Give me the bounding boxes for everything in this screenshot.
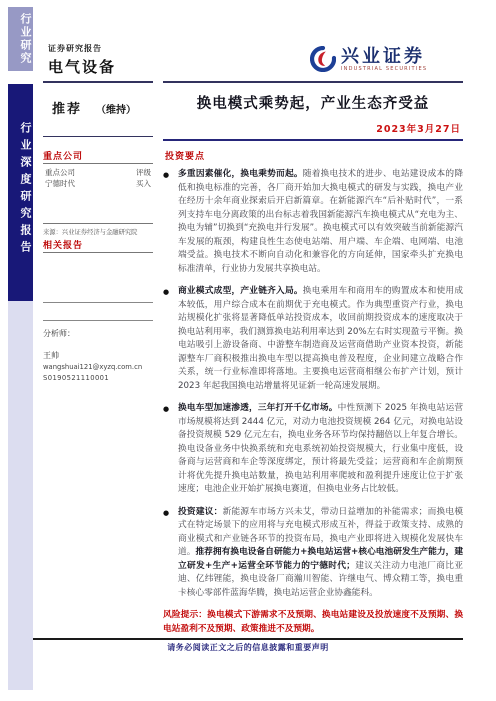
page-title: 换电模式乘势起，产业生态齐受益 [163,92,463,113]
bullet-1-lead: 多重因素催化，换电乘势而起。 [178,169,303,179]
risk-warning: 风险提示：换电模式下游需求不及预期、换电站建设及投放速度不及预期、换电站盈利不及… [163,609,463,636]
key-companies-divider [43,163,153,164]
rating-label: 推荐 [52,98,82,117]
header-left-divider [43,81,153,83]
table-row: 宁德时代 买入 [45,178,151,189]
bullet-2-lead: 商业模式成型，产业链齐入局。 [178,286,303,296]
column-rating: 评级 [136,167,151,178]
rating-status: （维持） [96,101,136,116]
investment-points-body: ● 多重因素催化，换电乘势而起。随着换电技术的进步、电站建设成本的降低和换电标准… [163,168,463,636]
bullet-icon: ● [163,285,171,393]
key-companies-heading: 重点公司 [43,149,153,162]
key-companies-header-row: 重点公司 评级 [45,167,151,178]
bullet-3-text: 中性预测下 2025 年换电站运营市场规模将达到 2444 亿元，对动力电池投资… [178,403,463,494]
sidebar-industry-research-label: 行业研究 [8,7,33,65]
brand-logo: 兴业证券 INDUSTRIAL SECURITIES [310,46,427,72]
bullet-4-lead: 投资建议： [178,507,223,517]
bullet-1-text: 随着换电技术的进步、电站建设成本的降低和换电标准的完善，各厂商开始加大换电模式的… [178,169,463,274]
sidebar-industry-research: 行业研究 [8,7,33,71]
related-reports-divider [43,252,153,253]
rating-block: 推荐 （维持） [52,98,136,117]
brand-subtitle: INDUSTRIAL SECURITIES [341,66,427,72]
analyst-license: S0190521110001 [43,374,153,382]
bullet-2-text: 换电乘用车和商用车的购置成本和使用成本较低，用户综合成本在前期优于充电模式。作为… [178,286,463,391]
brand-swirl-icon [310,46,336,72]
report-date: 2023年3月27日 [163,121,461,135]
column-company: 重点公司 [45,167,75,178]
company-name: 宁德时代 [45,178,75,189]
sidebar-deep-report: 行业深度研究报告 [8,84,33,301]
analyst-email: wangshuai121@xyzq.com.cn [43,363,153,371]
company-rating: 买入 [136,178,151,189]
table-bottom-divider [43,223,153,224]
report-type-label: 证券研究报告 [48,43,102,54]
bullet-point-3: ● 换电车型加速渗透，三年打开千亿市场。中性预测下 2025 年换电站运营市场规… [163,402,463,497]
bullet-point-4: ● 投资建议：新能源车市场方兴未艾，带动日益增加的补能需求；而换电模式在特定场景… [163,506,463,601]
title-divider [163,139,463,141]
related-reports-heading: 相关报告 [43,238,153,251]
brand-name: 兴业证券 [341,46,427,66]
industry-title: 电气设备 [48,56,116,77]
sidebar-bottom-strip [8,301,33,690]
bullet-point-2: ● 商业模式成型，产业链齐入局。换电乘用车和商用车的购置成本和使用成本较低，用户… [163,285,463,393]
analyst-name: 王帅 [43,350,153,361]
analyst-label: 分析师： [43,328,153,339]
footer-disclaimer: 请务必阅读正文之后的信息披露和重要声明 [0,642,496,653]
rating-divider [43,136,153,137]
investment-points-heading: 投资要点 [165,149,205,162]
bullet-icon: ● [163,402,171,497]
related-reports-bottom-divider [43,302,153,303]
bullet-icon: ● [163,506,171,601]
sidebar-deep-report-label: 行业深度研究报告 [8,84,33,258]
report-page: 行业研究 行业深度研究报告 证券研究报告 电气设备 兴业证券 INDUSTRIA… [0,0,496,701]
bullet-3-lead: 换电车型加速渗透，三年打开千亿市场。 [178,403,338,413]
source-note: 来源：兴业证券经济与金融研究院 [43,227,153,236]
header-right-divider [163,81,463,83]
footer-divider [33,638,463,640]
bullet-point-1: ● 多重因素催化，换电乘势而起。随着换电技术的进步、电站建设成本的降低和换电标准… [163,168,463,276]
bullet-icon: ● [163,168,171,276]
analyst-section-divider [43,320,153,321]
